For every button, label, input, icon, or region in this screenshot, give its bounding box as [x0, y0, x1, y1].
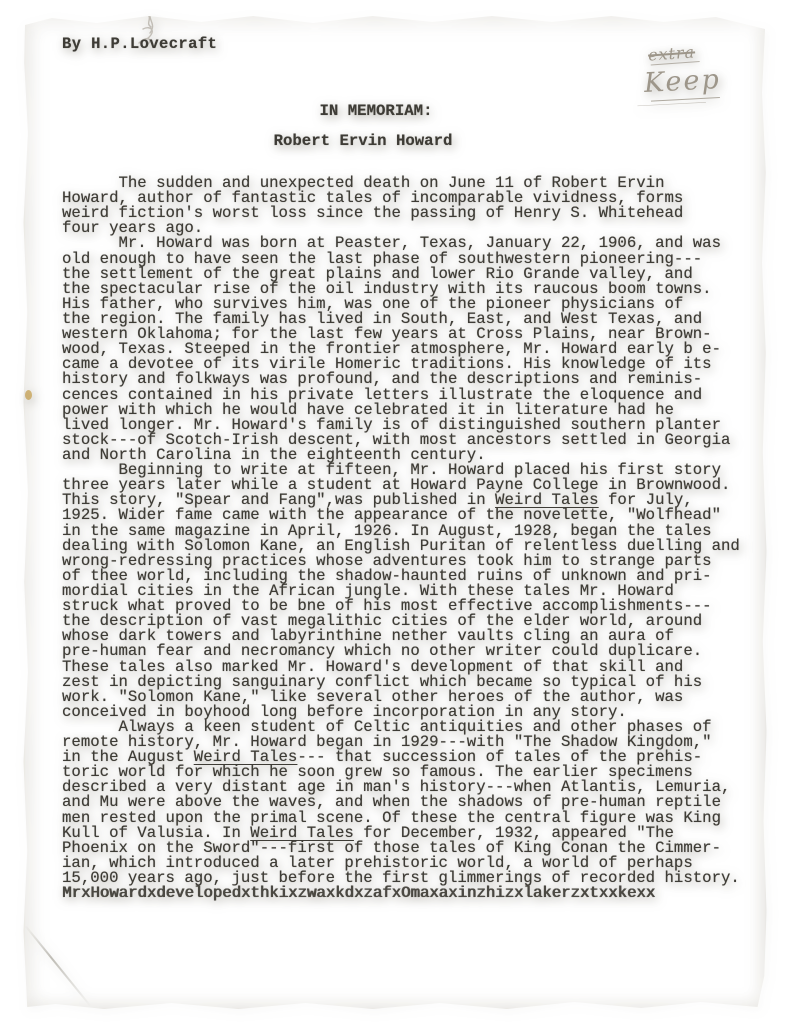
document-body: The sudden and unexpected death on June …: [62, 176, 752, 901]
corner-crease: [24, 925, 91, 1007]
scan-background: By H.P.Lovecraft extra Keep IN MEMORIAM:…: [0, 0, 789, 1024]
paper-shadow-wrap: By H.P.Lovecraft extra Keep IN MEMORIAM:…: [0, 0, 789, 1024]
struck-out-text: MrxHowardxdevelopedxthkixzwaxkdxzafxOmax…: [62, 884, 655, 902]
typed-line: MrxHowardxdevelopedxthkixzwaxkdxzafxOmax…: [62, 886, 752, 901]
document-subtitle: Robert Ervin Howard: [274, 132, 453, 150]
pencil-note-extra: extra: [647, 42, 695, 64]
pencil-note-keep: Keep: [643, 64, 721, 99]
byline: By H.P.Lovecraft: [62, 35, 217, 53]
document-title: IN MEMORIAM:: [320, 102, 433, 120]
manuscript-page: By H.P.Lovecraft extra Keep IN MEMORIAM:…: [22, 13, 768, 1011]
paper-stain: [25, 390, 32, 400]
